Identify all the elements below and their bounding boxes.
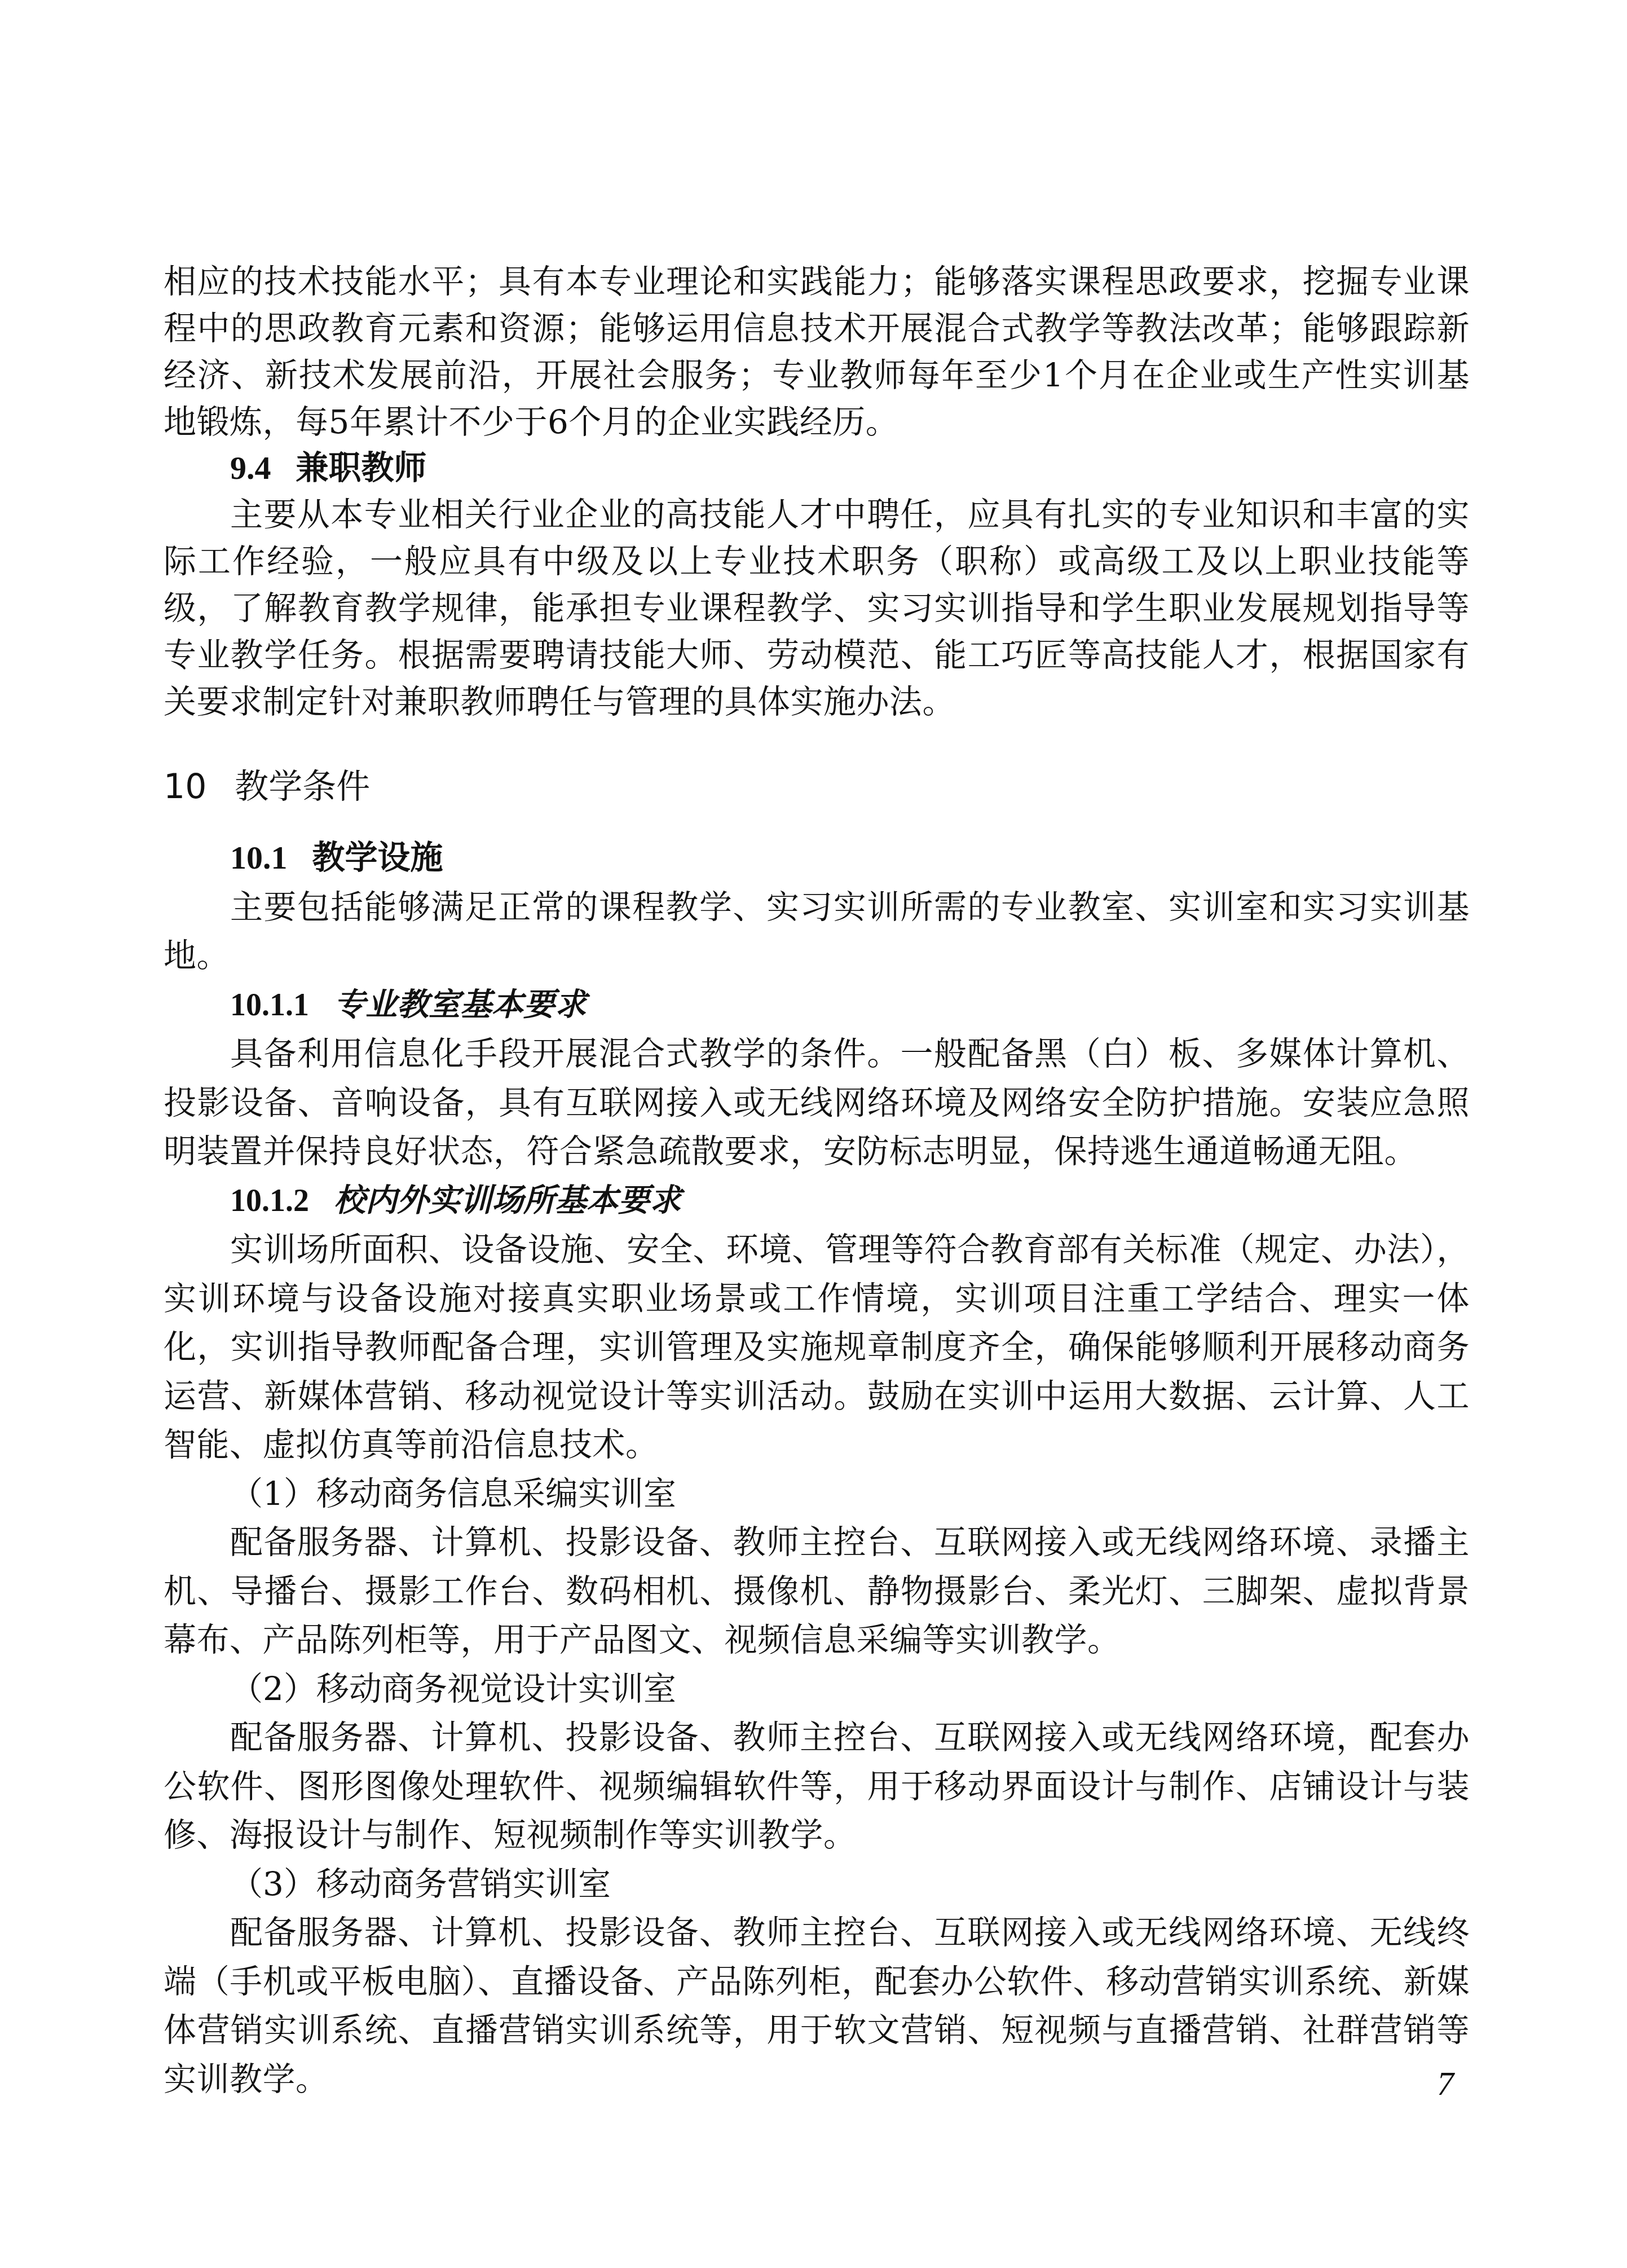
section-number: 10.1.2: [230, 1183, 309, 1218]
section-9-4: 9.4兼职教师 主要从本专业相关行业企业的高技能人才中聘任，应具有扎实的专业知识…: [164, 444, 1470, 725]
section-10-1-heading: 10.1教学设施: [164, 833, 1470, 883]
room-2-description: 配备服务器、计算机、投影设备、教师主控台、互联网接入或无线网络环境，配套办公软件…: [164, 1713, 1470, 1860]
section-10-1-1-heading: 10.1.1专业教室基本要求: [164, 980, 1470, 1030]
section-number: 10: [164, 767, 206, 807]
page-number: 7: [1437, 2064, 1454, 2103]
section-10: 10教学条件: [164, 763, 1470, 811]
section-10-1: 10.1教学设施 主要包括能够满足正常的课程教学、实习实训所需的专业教室、实训室…: [164, 833, 1470, 2103]
section-number: 9.4: [230, 450, 271, 486]
section-10-1-1-paragraph: 具备利用信息化手段开展混合式教学的条件。一般配备黑（白）板、多媒体计算机、投影设…: [164, 1029, 1470, 1176]
section-number: 10.1: [230, 839, 288, 876]
section-10-1-paragraph: 主要包括能够满足正常的课程教学、实习实训所需的专业教室、实训室和实习实训基地。: [164, 883, 1470, 980]
room-3-description: 配备服务器、计算机、投影设备、教师主控台、互联网接入或无线网络环境、无线终端（手…: [164, 1908, 1470, 2103]
room-1-label: （1）移动商务信息采编实训室: [164, 1469, 1470, 1518]
section-10-1-2-paragraph: 实训场所面积、设备设施、安全、环境、管理等符合教育部有关标准（规定、办法），实训…: [164, 1225, 1470, 1469]
section-title: 校内外实训场所基本要求: [334, 1182, 681, 1219]
intro-block: 相应的技术技能水平；具有本专业理论和实践能力；能够落实课程思政要求，挖掘专业课程…: [164, 258, 1470, 446]
section-9-4-heading: 9.4兼职教师: [164, 444, 1470, 491]
document-page: 相应的技术技能水平；具有本专业理论和实践能力；能够落实课程思政要求，挖掘专业课程…: [0, 0, 1627, 2268]
room-1-description: 配备服务器、计算机、投影设备、教师主控台、互联网接入或无线网络环境、录播主机、导…: [164, 1518, 1470, 1664]
section-number: 10.1.1: [230, 988, 309, 1023]
section-10-1-2-heading: 10.1.2校内外实训场所基本要求: [164, 1176, 1470, 1226]
intro-paragraph: 相应的技术技能水平；具有本专业理论和实践能力；能够落实课程思政要求，挖掘专业课程…: [164, 258, 1470, 446]
room-3-label: （3）移动商务营销实训室: [164, 1860, 1470, 1909]
room-2-label: （2）移动商务视觉设计实训室: [164, 1664, 1470, 1714]
section-title: 教学条件: [235, 767, 370, 807]
section-10-heading: 10教学条件: [164, 763, 1470, 811]
section-title: 教学设施: [312, 838, 443, 877]
section-9-4-paragraph: 主要从本专业相关行业企业的高技能人才中聘任，应具有扎实的专业知识和丰富的实际工作…: [164, 491, 1470, 725]
section-title: 专业教室基本要求: [334, 986, 587, 1023]
section-title: 兼职教师: [296, 448, 427, 487]
